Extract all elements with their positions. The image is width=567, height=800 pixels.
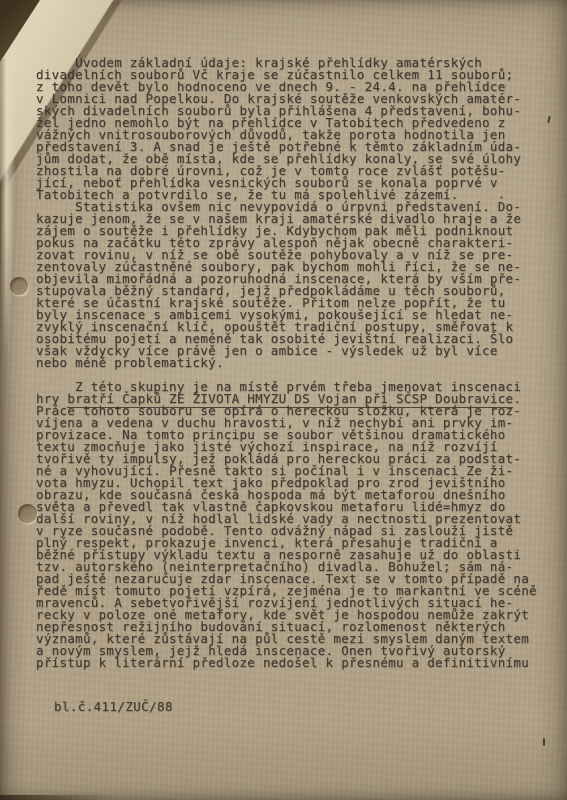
scanned-document-page: Úvodem základní údaje: krajské přehlídky… xyxy=(0,0,567,800)
bottom-edge-shadow xyxy=(0,795,115,800)
paper-mark xyxy=(543,738,545,746)
paragraph-production: Z této skupiny je na místě prvém třeba j… xyxy=(36,381,552,669)
paragraph-production-rest: Práce tohoto souboru se opírá o hereckou… xyxy=(36,405,552,669)
text-line: přístup k literární předloze nedošel k p… xyxy=(36,657,552,669)
text-line: nebo méně problematický. xyxy=(36,357,552,369)
paragraph-statistics: Statistika ovšem nic nevypovídá o úrpvni… xyxy=(36,201,552,369)
document-reference-number: bl.č.411/ZUČ/88 xyxy=(54,699,173,714)
punch-hole-bottom xyxy=(18,504,37,523)
punch-hole-top xyxy=(10,277,28,295)
left-edge-curl xyxy=(0,58,17,358)
typewritten-text-block: Úvodem základní údaje: krajské přehlídky… xyxy=(36,57,552,669)
paragraph-intro: Úvodem základní údaje: krajské přehlídky… xyxy=(36,57,552,201)
